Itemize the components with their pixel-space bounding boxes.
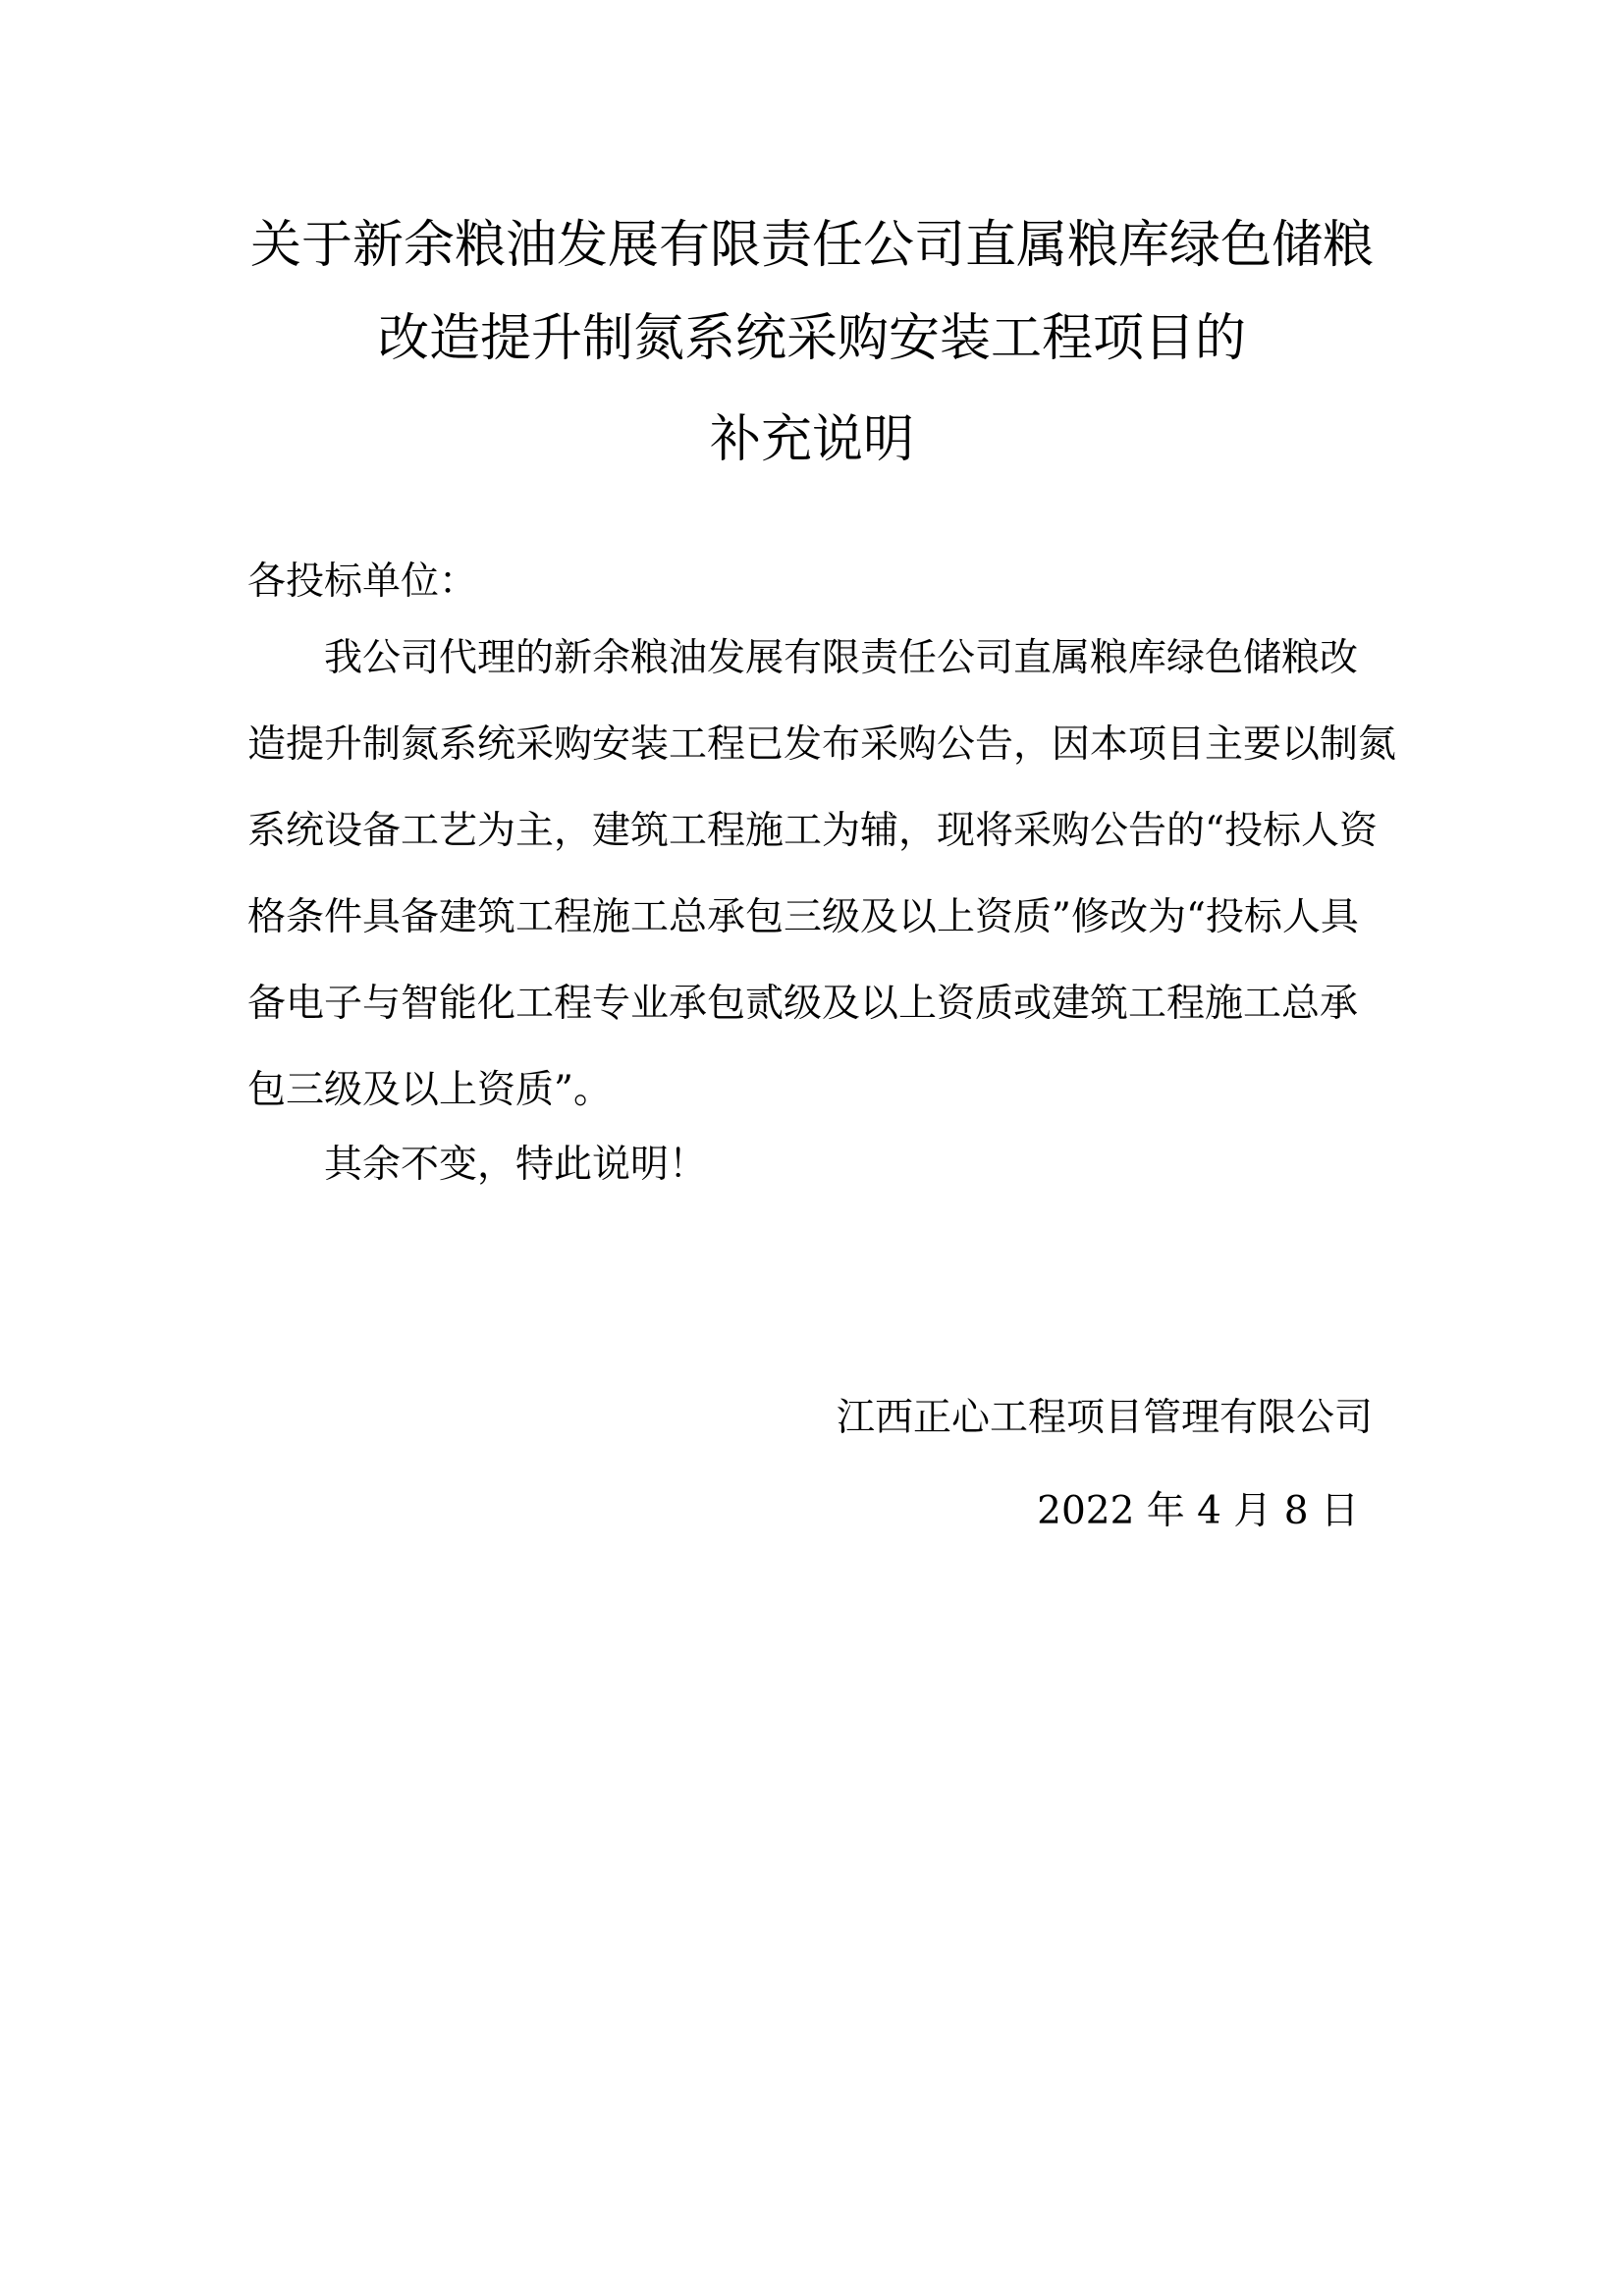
signature-company: 江西正心工程项目管理有限公司 <box>837 1394 1373 1443</box>
signature-date: 2022 年 4 月 8 日 <box>1037 1487 1359 1536</box>
salutation: 各投标单位： <box>247 558 477 607</box>
document-title-line-2: 改造提升制氮系统采购安装工程项目的 <box>0 309 1624 368</box>
closing-statement: 其余不变，特此说明！ <box>324 1141 707 1190</box>
paragraph-line: 我公司代理的新余粮油发展有限责任公司直属粮库绿色储粮改 <box>324 634 1358 683</box>
paragraph-line: 造提升制氮系统采购安装工程已发布采购公告，因本项目主要以制氮 <box>247 721 1396 770</box>
paragraph-line: 备电子与智能化工程专业承包贰级及以上资质或建筑工程施工总承 <box>247 980 1358 1029</box>
paragraph-line: 包三级及以上资质”。 <box>247 1066 612 1115</box>
document-title-line-3: 补充说明 <box>0 410 1624 469</box>
paragraph-line: 系统设备工艺为主，建筑工程施工为辅，现将采购公告的“投标人资 <box>247 807 1378 856</box>
document-title-line-1: 关于新余粮油发展有限责任公司直属粮库绿色储粮 <box>0 216 1624 275</box>
paragraph-line: 格条件具备建筑工程施工总承包三级及以上资质”修改为“投标人具 <box>247 893 1359 942</box>
